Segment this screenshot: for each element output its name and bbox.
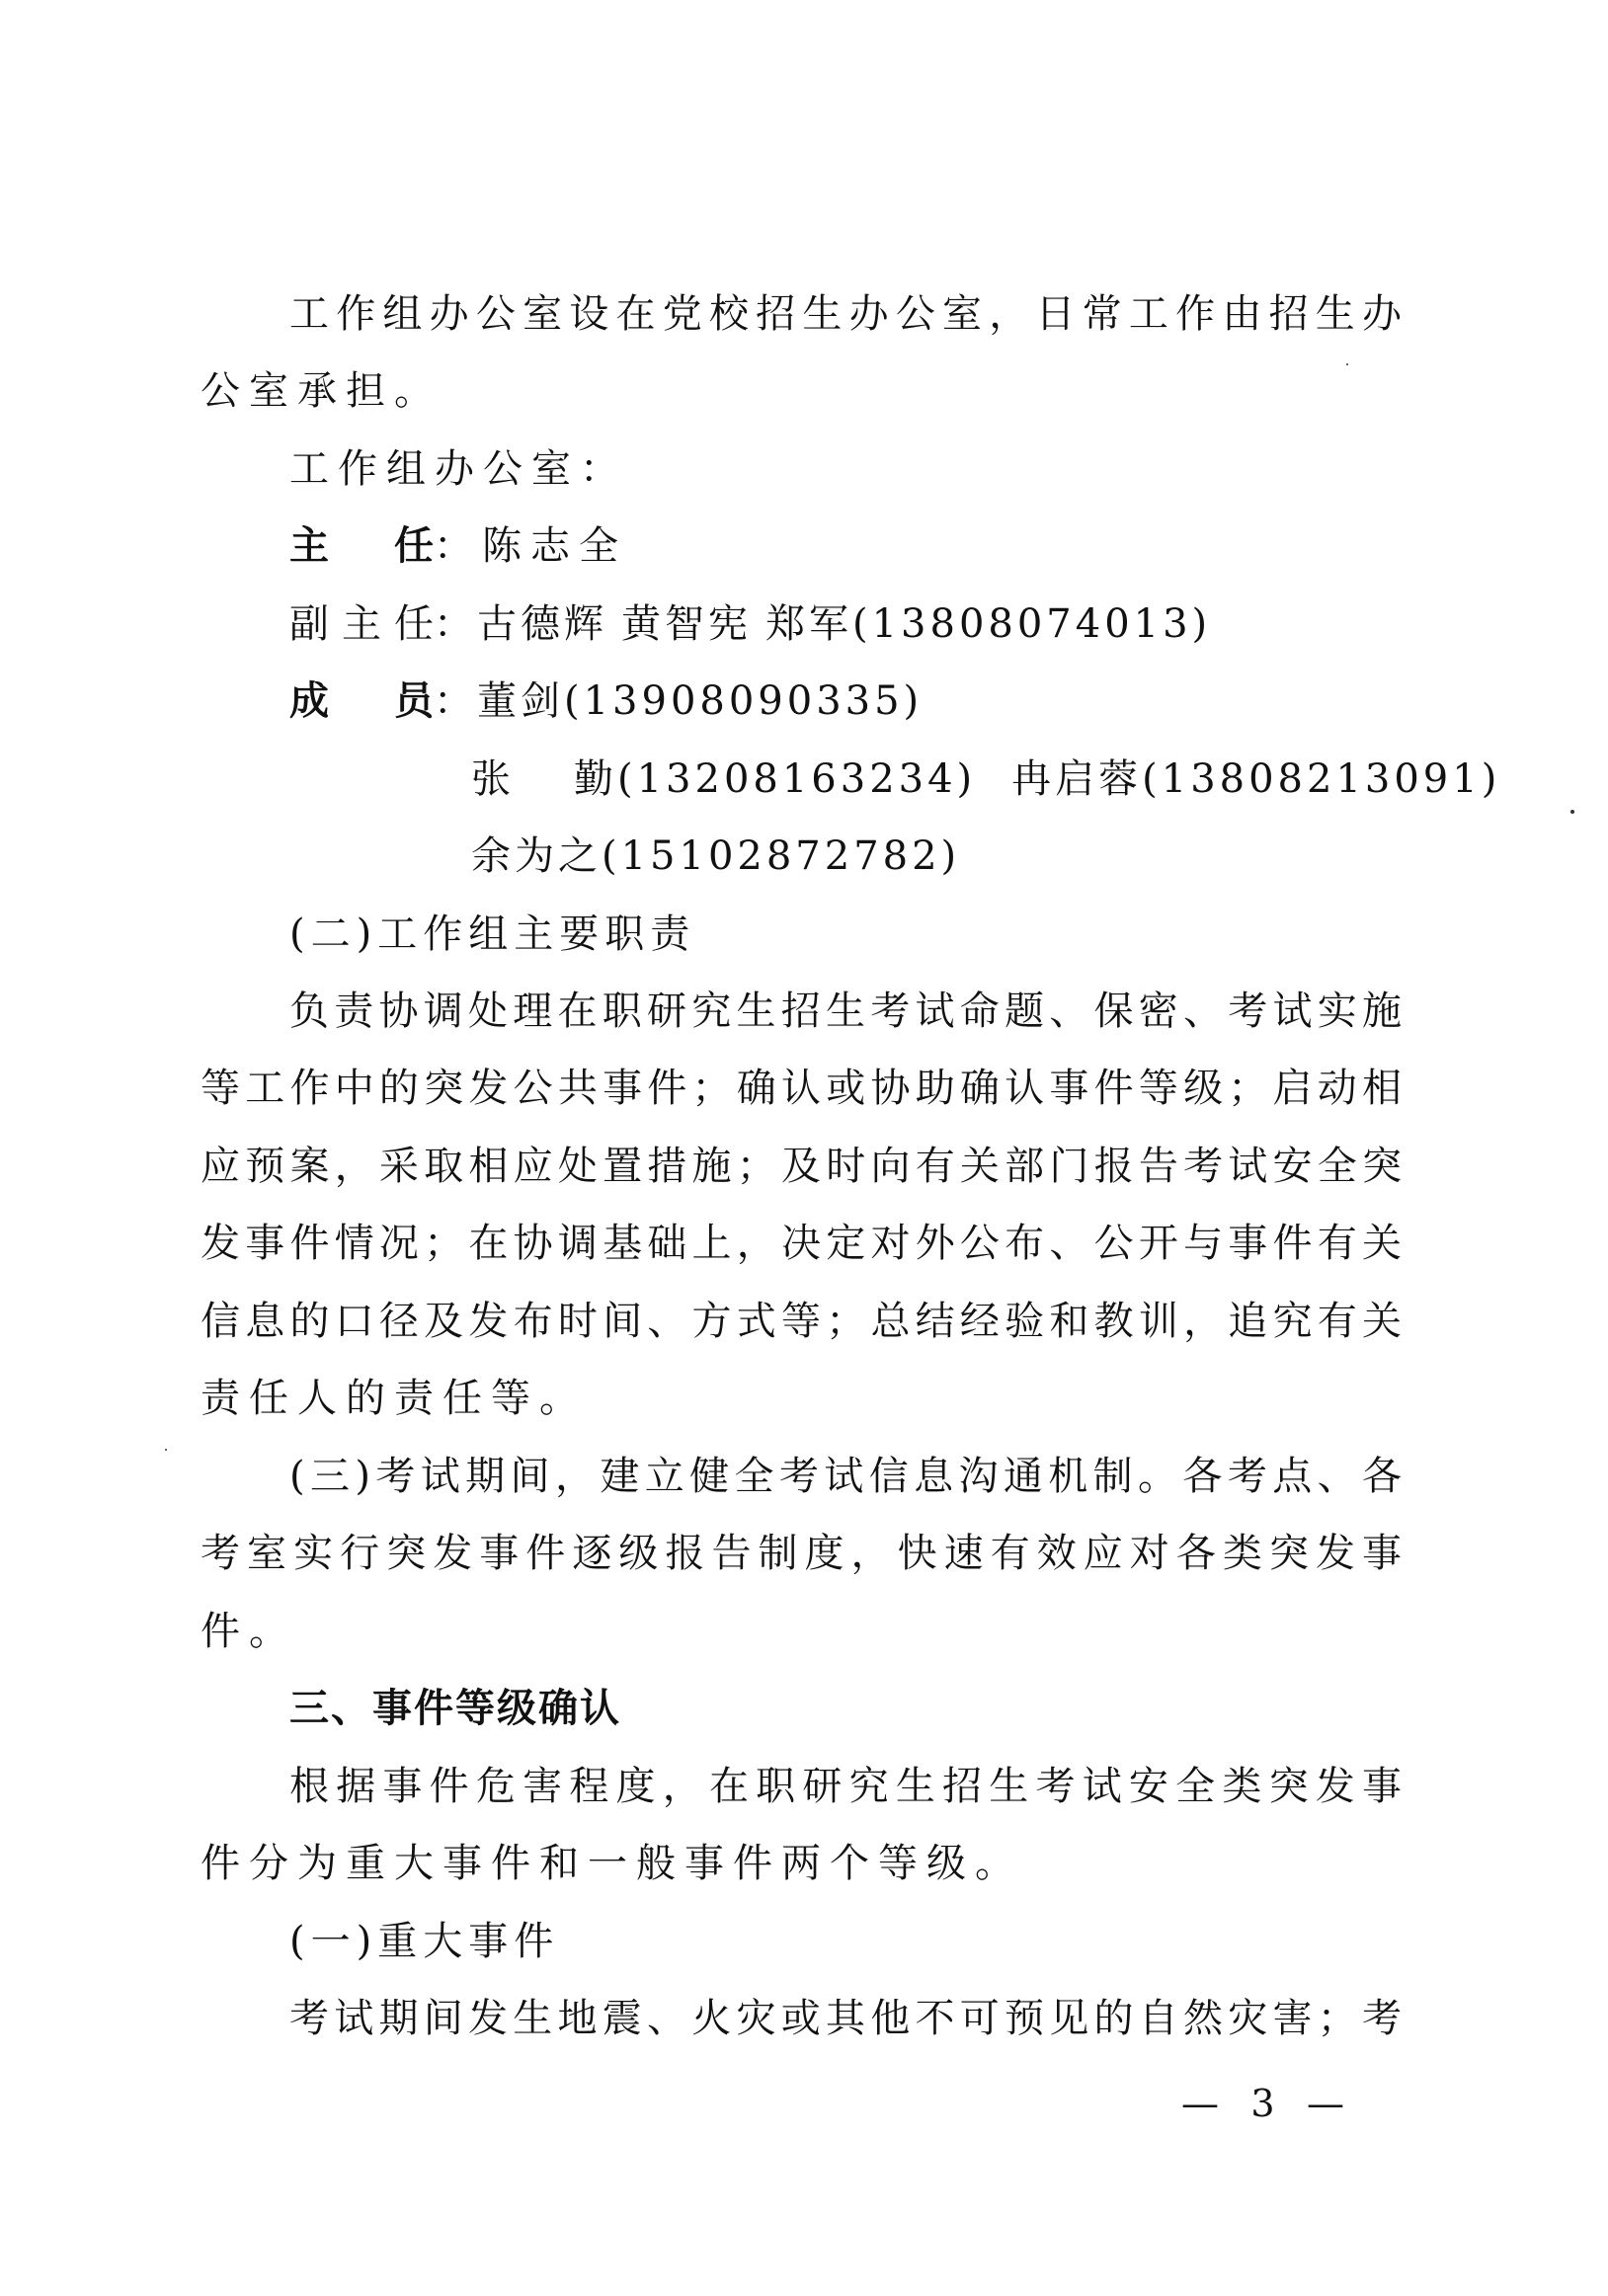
- office-heading: 工作组办公室：: [289, 441, 628, 497]
- page-number-value: 3: [1250, 2082, 1274, 2125]
- scan-speck: [1346, 363, 1348, 365]
- page-number-dash-left: —: [1181, 2082, 1219, 2125]
- deputy-name: 郑军(13808074013): [765, 601, 1211, 647]
- section-two-line: 发事件情况；在协调基础上，决定对外公布、公开与事件有关: [201, 1216, 1402, 1271]
- director-label: 主任: [289, 518, 434, 574]
- section-three-line: 考室实行突发事件逐级报告制度，快速有效应对各类突发事: [201, 1526, 1402, 1581]
- member-name: 冉启蓉: [1011, 756, 1142, 802]
- deputy-director-label: 副主任: [289, 596, 434, 652]
- member-entry: 董剑(13908090335): [477, 678, 923, 724]
- member-name-part: 张: [471, 756, 515, 802]
- deputy-name: 黄智宪: [621, 601, 752, 647]
- section-two-line: 信息的口径及发布时间、方式等；总结经验和教训，追究有关: [201, 1294, 1402, 1349]
- chapter-three-line: 件分为重大事件和一般事件两个等级。: [201, 1836, 1023, 1891]
- members-label: 成员: [289, 673, 434, 729]
- deputy-director-row: 副主任：古德辉黄智宪郑军(13808074013): [289, 596, 1211, 652]
- director-sep: ：: [434, 523, 482, 569]
- section-two-line: 责任人的责任等。: [201, 1371, 588, 1426]
- members-row-3: 余为之(15102872782): [471, 829, 960, 884]
- director-name: 陈志全: [482, 523, 627, 569]
- page-number: — 3 —: [1181, 2076, 1344, 2131]
- members-row: 成员：董剑(13908090335): [289, 673, 923, 729]
- section-two-heading: (二)工作组主要职责: [289, 907, 695, 962]
- document-page: 工作组办公室设在党校招生办公室，日常工作由招生办 公室承担。 工作组办公室： 主…: [0, 0, 1608, 2296]
- section-two-line: 等工作中的突发公共事件；确认或协助确认事件等级；启动相: [201, 1061, 1402, 1116]
- chapter-three-line: 根据事件危害程度，在职研究生招生考试安全类突发事: [289, 1759, 1402, 1814]
- director-row: 主任：陈志全: [289, 518, 627, 574]
- section-two-line: 应预案，采取相应处置措施；及时向有关部门报告考试安全突: [201, 1139, 1402, 1194]
- deputy-director-sep: ：: [434, 601, 477, 647]
- members-row-2: 张勤(13208163234)冉启蓉(13808213091): [471, 752, 1500, 807]
- intro-paragraph-line: 公室承担。: [201, 363, 442, 419]
- member-name-part: 勤: [574, 756, 617, 802]
- chapter-three-heading: 三、事件等级确认: [289, 1681, 621, 1736]
- member-phone: (13208163234): [617, 756, 976, 802]
- scan-speck: [165, 1449, 167, 1451]
- section-three-line: (三)考试期间，建立健全考试信息沟通机制。各考点、各: [289, 1449, 1402, 1504]
- scan-speck: [1570, 810, 1574, 814]
- deputy-name: 古德辉: [477, 601, 607, 647]
- subsection-one-line: 考试期间发生地震、火灾或其他不可预见的自然灾害；考: [289, 1991, 1402, 2046]
- members-sep: ：: [434, 678, 477, 724]
- page-number-dash-right: —: [1307, 2082, 1344, 2125]
- section-two-line: 负责协调处理在职研究生招生考试命题、保密、考试实施: [289, 984, 1402, 1039]
- intro-paragraph-line: 工作组办公室设在党校招生办公室，日常工作由招生办: [289, 286, 1402, 342]
- section-three-line: 件。: [201, 1604, 297, 1659]
- subsection-one-heading: (一)重大事件: [289, 1914, 559, 1969]
- member-phone: (13808213091): [1142, 756, 1500, 802]
